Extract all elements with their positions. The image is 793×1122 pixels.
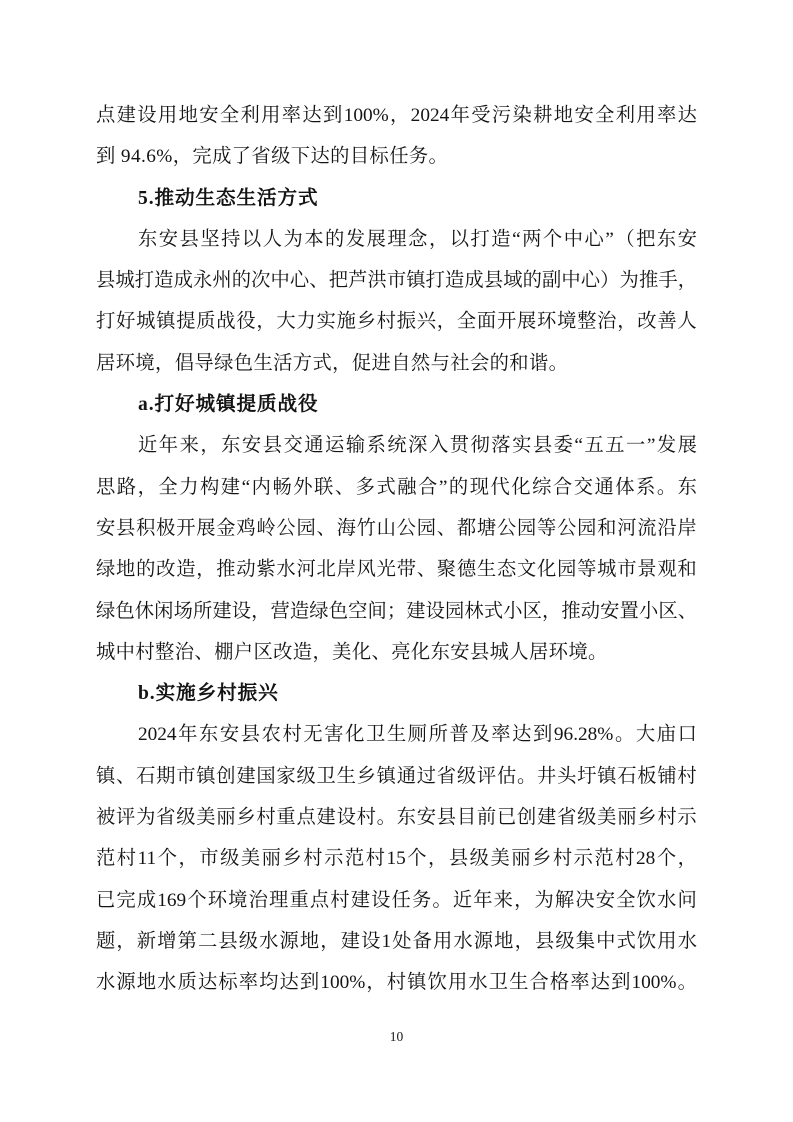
heading-line: b.实施乡村振兴 <box>96 673 697 714</box>
body-line: 县城打造成永州的次中心、把芦洪市镇打造成县域的副中心）为推手， <box>96 260 697 301</box>
footer: 10 <box>0 1027 793 1047</box>
body-line: 范村11个，市级美丽乡村示范村15个，县级美丽乡村示范村28个， <box>96 838 697 879</box>
body-line: 城中村整治、棚户区改造，美化、亮化东安县城人居环境。 <box>96 632 697 673</box>
body-line: 已完成169个环境治理重点村建设任务。近年来，为解决安全饮水问 <box>96 880 697 921</box>
body-line: 到 94.6%，完成了省级下达的目标任务。 <box>96 136 697 177</box>
body-line: 绿色休闲场所建设，营造绿色空间；建设园林式小区，推动安置小区、 <box>96 591 697 632</box>
body-line: 绿地的改造，推动紫水河北岸风光带、聚德生态文化园等城市景观和 <box>96 549 697 590</box>
body-line: 居环境，倡导绿色生活方式，促进自然与社会的和谐。 <box>96 343 697 384</box>
body-line: 思路，全力构建“内畅外联、多式融合”的现代化综合交通体系。东 <box>96 467 697 508</box>
heading-line: a.打好城镇提质战役 <box>96 384 697 425</box>
body-line: 打好城镇提质战役，大力实施乡村振兴，全面开展环境整治，改善人 <box>96 301 697 342</box>
body-line: 安县积极开展金鸡岭公园、海竹山公园、都塘公园等公园和河流沿岸 <box>96 508 697 549</box>
heading-line: 5.推动生态生活方式 <box>96 178 697 219</box>
body-line: 题，新增第二县级水源地，建设1处备用水源地，县级集中式饮用水 <box>96 921 697 962</box>
body-line: 水源地水质达标率均达到100%，村镇饮用水卫生合格率达到100%。 <box>96 962 697 1003</box>
body-line: 点建设用地安全利用率达到100%，2024年受污染耕地安全利用率达 <box>96 95 697 136</box>
body-line: 近年来，东安县交通运输系统深入贯彻落实县委“五五一”发展 <box>96 425 697 466</box>
document-body: 点建设用地安全利用率达到100%，2024年受污染耕地安全利用率达到 94.6%… <box>96 95 697 1004</box>
page-number: 10 <box>390 1029 404 1044</box>
body-line: 被评为省级美丽乡村重点建设村。东安县目前已创建省级美丽乡村示 <box>96 797 697 838</box>
body-line: 2024年东安县农村无害化卫生厕所普及率达到96.28%。大庙口 <box>96 714 697 755</box>
document-page: 点建设用地安全利用率达到100%，2024年受污染耕地安全利用率达到 94.6%… <box>0 0 793 1122</box>
body-line: 镇、石期市镇创建国家级卫生乡镇通过省级评估。井头圩镇石板铺村 <box>96 756 697 797</box>
body-line: 东安县坚持以人为本的发展理念，以打造“两个中心”（把东安 <box>96 219 697 260</box>
